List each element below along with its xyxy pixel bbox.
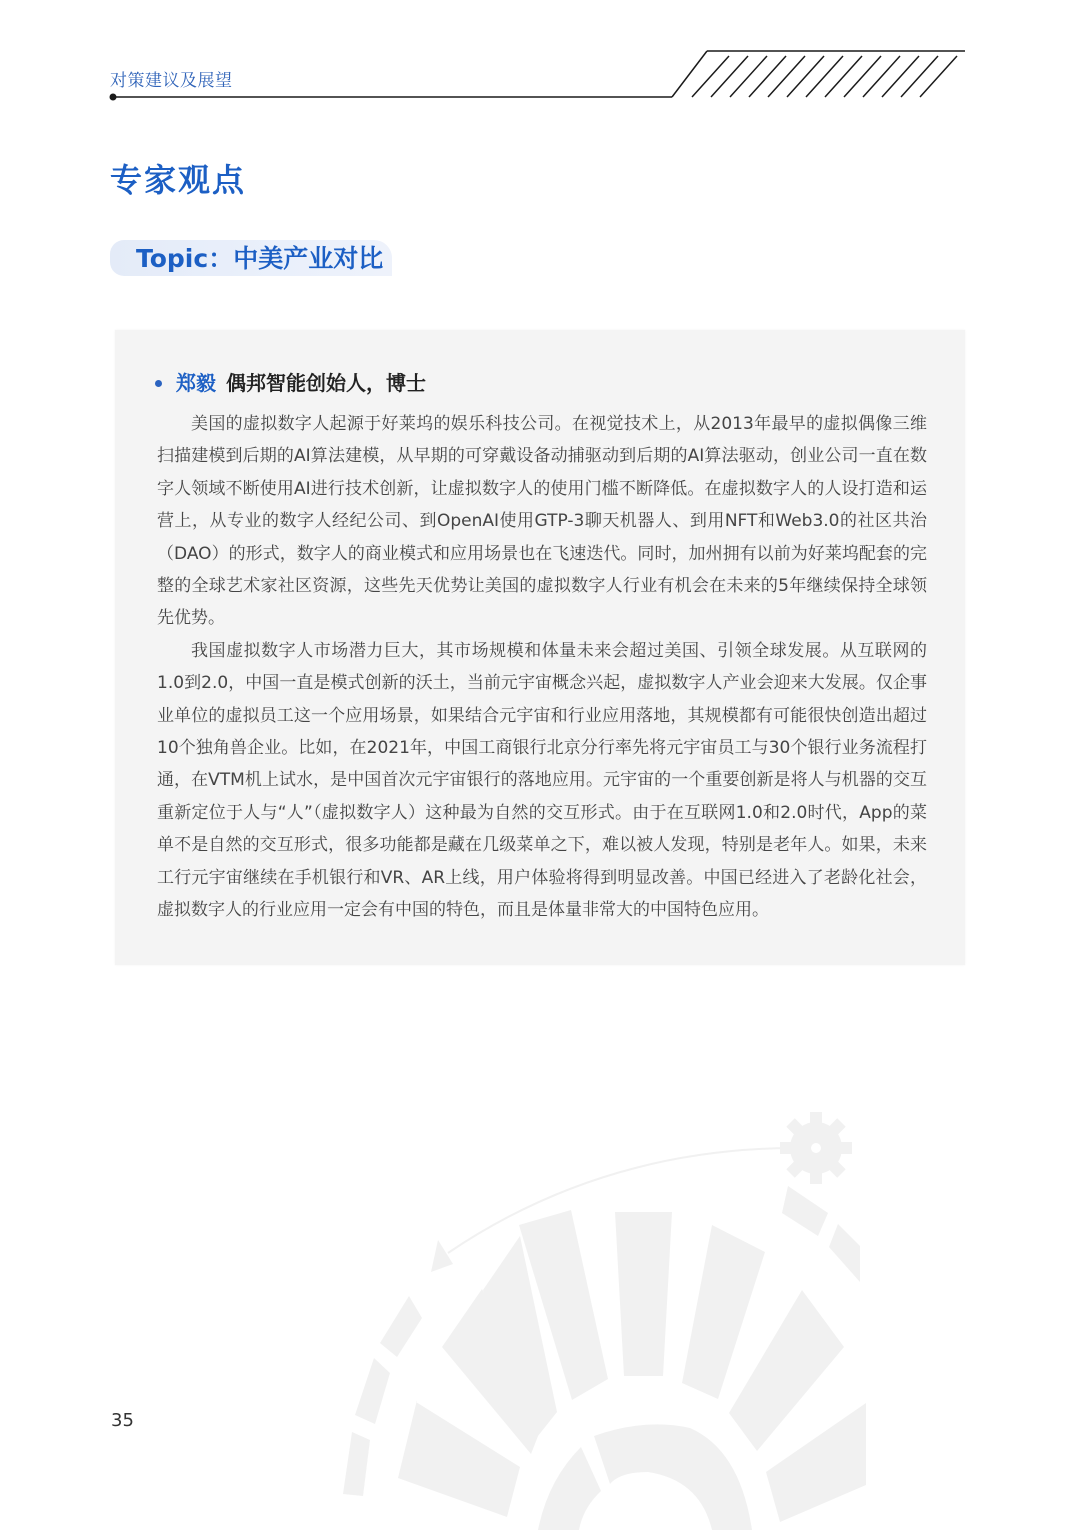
page-header: 对策建议及展望	[0, 0, 1080, 110]
topic-label: Topic：中美产业对比	[136, 242, 383, 276]
expert-title: 偶邦智能创始人，博士	[226, 368, 426, 398]
header-rule-hatch-icon	[0, 0, 1080, 110]
paragraph-us-industry: 美国的虚拟数字人起源于好莱坞的娱乐科技公司。在视觉技术上，从2013年最早的虚拟…	[157, 408, 927, 635]
page-number: 35	[111, 1410, 134, 1431]
bullet-icon	[155, 380, 162, 387]
page-title: 专家观点	[110, 155, 246, 201]
expert-name: 郑毅	[176, 368, 216, 398]
expert-opinion-body: 美国的虚拟数字人起源于好莱坞的娱乐科技公司。在视觉技术上，从2013年最早的虚拟…	[157, 408, 927, 927]
section-title: 对策建议及展望	[110, 66, 233, 91]
paragraph-china-industry: 我国虚拟数字人市场潜力巨大，其市场规模和体量未来会超过美国、引领全球发展。从互联…	[157, 635, 927, 927]
expert-heading: 郑毅 偶邦智能创始人，博士	[155, 368, 426, 398]
